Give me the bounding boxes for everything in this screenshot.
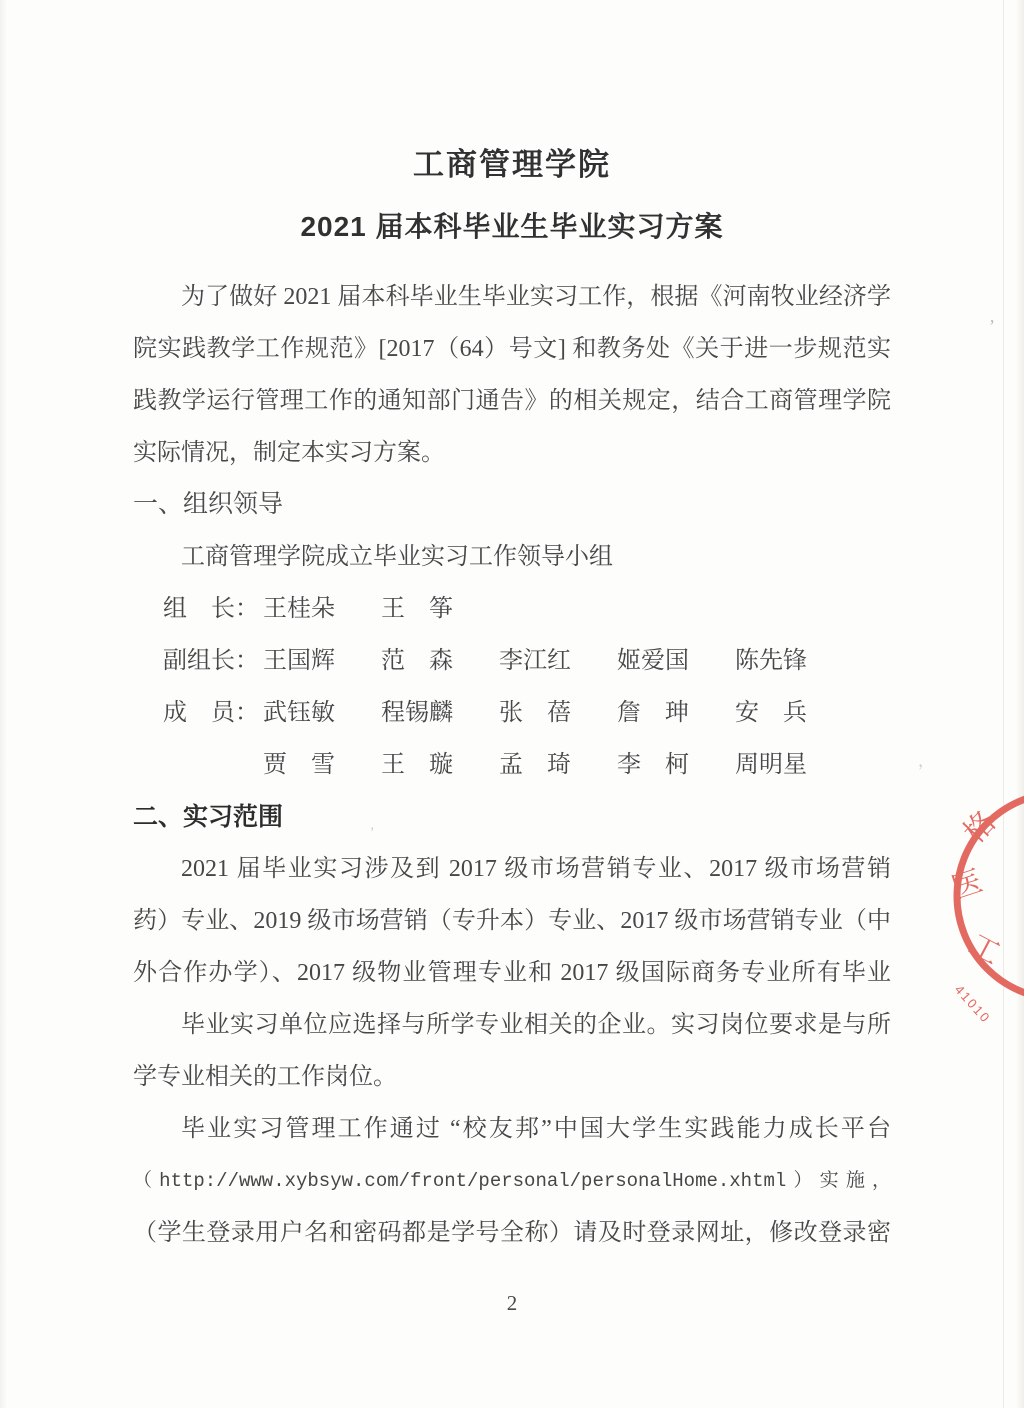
member-name: 李 柯: [617, 739, 735, 791]
scope-line-3: 外合作办学）、2017 级物业管理专业和 2017 级国际商务专业所有毕业生。: [133, 947, 891, 999]
unit-line-2: 学专业相关的工作岗位。: [133, 1051, 891, 1103]
intro-line-4: 实际情况，制定本实习方案。: [133, 427, 891, 479]
section2-heading: 二、实习范围: [133, 791, 891, 843]
deputy-leader-name: 李江红: [499, 635, 617, 687]
member-name: 张 蓓: [499, 687, 617, 739]
document-title: 工商管理学院: [133, 139, 891, 184]
scan-left-edge-shadow: [0, 0, 7, 1408]
scope-line-2: 药）专业、2019 级市场营销（专升本）专业、2017 级市场营销专业（中: [133, 895, 891, 947]
member-name: 武钰敏: [263, 687, 381, 739]
scan-speck: ’: [370, 824, 374, 840]
document-subtitle: 2021 届本科毕业生毕业实习方案: [133, 205, 891, 245]
document-body: 为了做好 2021 届本科毕业生毕业实习工作，根据《河南牧业经济学 院实践教学工…: [133, 271, 891, 1259]
scan-fold-line: [1003, 0, 1004, 1408]
member-row-2: 贾 雪 王 璇 孟 琦 李 柯 周明星: [133, 739, 891, 791]
intro-line-1: 为了做好 2021 届本科毕业生毕业实习工作，根据《河南牧业经济学: [133, 271, 891, 323]
section1-lead-in: 工商管理学院成立毕业实习工作领导小组: [133, 531, 891, 583]
intro-line-3: 践教学运行管理工作的通知部门通告》的相关规定，结合工商管理学院: [133, 375, 891, 427]
leader-name: 王桂朵: [263, 583, 381, 635]
leader-row: 组 长： 王桂朵 王 筝: [133, 583, 891, 635]
scan-speck: ，: [918, 748, 934, 771]
member-row-label-empty: [163, 739, 263, 791]
member-name: 詹 珅: [617, 687, 735, 739]
member-row-1: 成 员： 武钰敏 程锡麟 张 蓓 詹 珅 安 兵: [133, 687, 891, 739]
member-name: 周明星: [735, 739, 853, 791]
seal-character-fragment: 工: [963, 928, 1005, 971]
page-number: 2: [0, 1291, 1024, 1316]
platform-line-1: 毕业实习管理工作通过 “校友邦”中国大学生实践能力成长平台: [133, 1103, 891, 1155]
deputy-leader-name: 王国辉: [263, 635, 381, 687]
seal-code-digits: 41010: [952, 982, 994, 1026]
leader-name: 王 筝: [381, 583, 499, 635]
platform-line-3: （学生登录用户名和密码都是学号全称）请及时登录网址，修改登录密: [133, 1207, 891, 1259]
official-seal-stamp: 格 医 工 41010: [948, 778, 1024, 1028]
deputy-leader-row: 副组长： 王国辉 范 森 李江红 姬爱国 陈先锋: [133, 635, 891, 687]
deputy-leader-row-label: 副组长：: [163, 635, 263, 687]
scope-line-1: 2021 届毕业实习涉及到 2017 级市场营销专业、2017 级市场营销（医: [133, 843, 891, 895]
member-row-label: 成 员：: [163, 687, 263, 739]
intro-line-2: 院实践教学工作规范》[2017（64）号文] 和教务处《关于进一步规范实: [133, 323, 891, 375]
member-name: 安 兵: [735, 687, 853, 739]
deputy-leader-name: 姬爱国: [617, 635, 735, 687]
section1-heading: 一、组织领导: [133, 479, 891, 531]
member-name: 孟 琦: [499, 739, 617, 791]
deputy-leader-name: 范 森: [381, 635, 499, 687]
deputy-leader-name: 陈先锋: [735, 635, 853, 687]
scan-right-edge-shadow: [1016, 0, 1024, 1408]
platform-url-line: （http://www.xybsyw.com/front/personal/pe…: [133, 1155, 891, 1207]
member-name: 王 璇: [381, 739, 499, 791]
member-name: 贾 雪: [263, 739, 381, 791]
scan-speck: ’: [989, 316, 995, 337]
leader-row-label: 组 长：: [163, 583, 263, 635]
member-name: 程锡麟: [381, 687, 499, 739]
unit-line-1: 毕业实习单位应选择与所学专业相关的企业。实习岗位要求是与所: [133, 999, 891, 1051]
